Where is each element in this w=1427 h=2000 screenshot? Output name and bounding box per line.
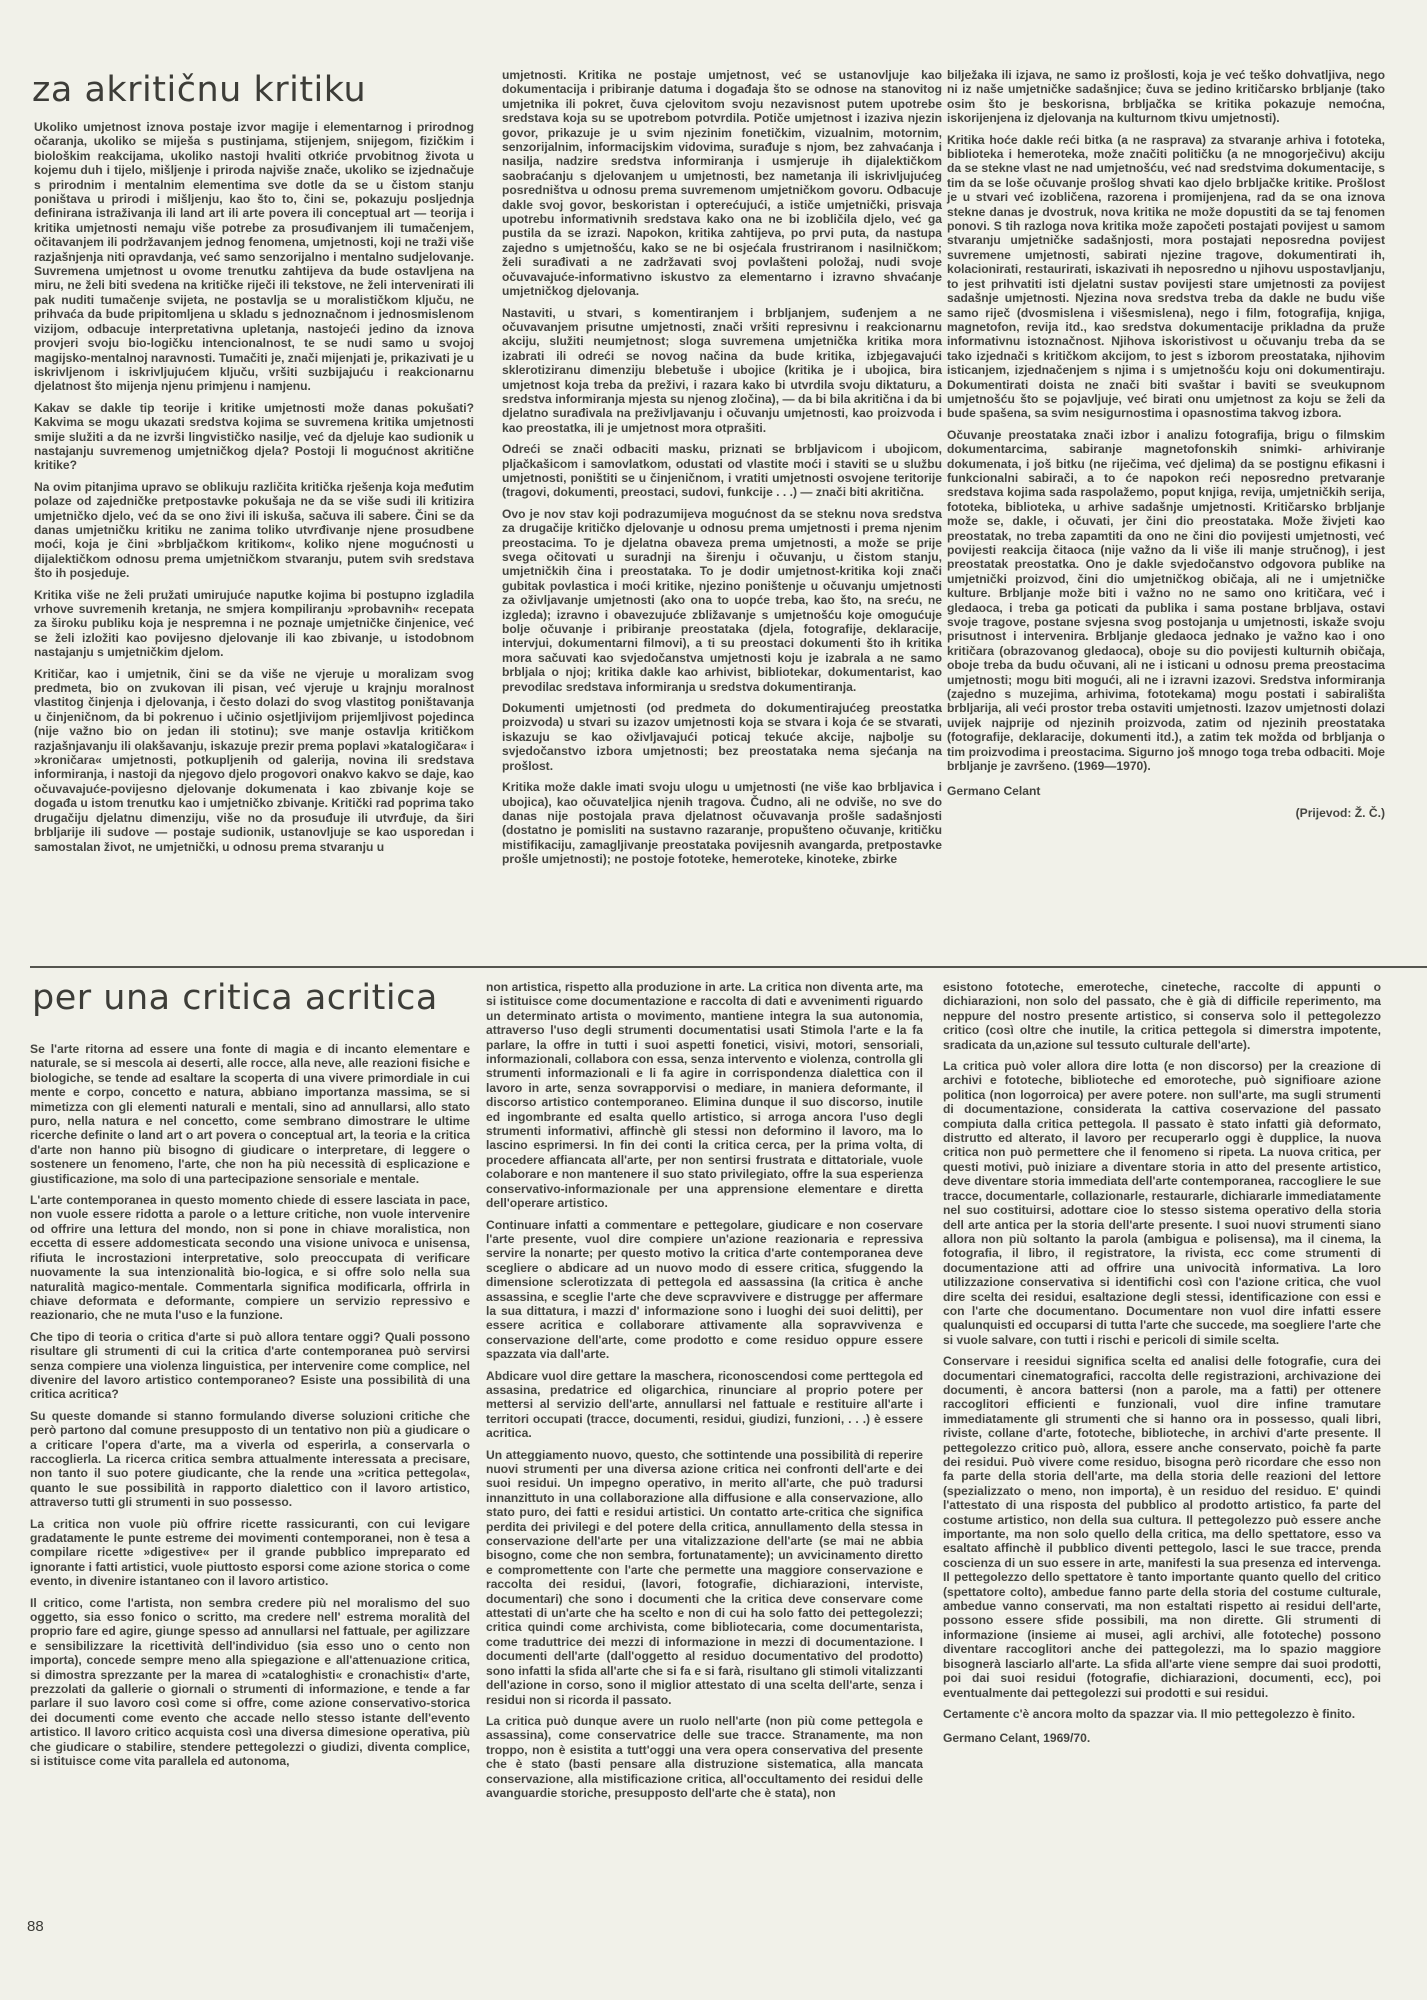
paragraph: Dokumenti umjetnosti (od predmeta do dok… <box>502 701 942 773</box>
paragraph: Il critico, come l'artista, non sembra c… <box>30 1596 470 1769</box>
paragraph: Kritičar, kao i umjetnik, čini se da viš… <box>34 667 474 854</box>
paragraph: Odreći se znači odbaciti masku, priznati… <box>502 442 942 500</box>
croatian-article: za akritičnu kritiku Ukoliko umjetnost i… <box>30 62 1400 962</box>
paragraph: non artistica, rispetto alla produzione … <box>486 980 923 1211</box>
author-signature-dated: Germano Celant, 1969/70. <box>943 1731 1381 1745</box>
article-title-croatian: za akritičnu kritiku <box>32 70 366 110</box>
paragraph: Kritika hoće dakle reći bitka (a ne rasp… <box>947 133 1385 421</box>
paragraph: bilježaka ili izjava, ne samo iz prošlos… <box>947 68 1385 126</box>
paragraph: Nastaviti, u stvari, s komentiranjem i b… <box>502 306 942 436</box>
paragraph: Kakav se dakle tip teorije i kritike umj… <box>34 401 474 473</box>
paragraph: Su queste domande si stanno formulando d… <box>30 1409 470 1510</box>
paragraph: Certamente c'è ancora molto da spazzar v… <box>943 1707 1381 1721</box>
paragraph: Continuare infatti a commentare e petteg… <box>486 1218 923 1362</box>
paragraph: Che tipo di teoria o critica d'arte si p… <box>30 1330 470 1402</box>
paragraph: La critica può dunque avere un ruolo nel… <box>486 1714 923 1800</box>
paragraph: Kritika može dakle imati svoju ulogu u u… <box>502 780 942 866</box>
page-number: 88 <box>27 1918 44 1935</box>
croatian-column-3: bilježaka ili izjava, ne samo iz prošlos… <box>947 68 1385 827</box>
author-signature: Germano Celant <box>947 784 1385 798</box>
paragraph: Ovo je nov stav koji podrazumijeva moguć… <box>502 507 942 694</box>
paragraph: Kritika više ne želi pružati umirujuće n… <box>34 588 474 660</box>
croatian-column-1: Ukoliko umjetnost iznova postaje izvor m… <box>34 120 474 861</box>
paragraph: Očuvanje preostataka znači izbor i anali… <box>947 428 1385 774</box>
paragraph: Conservare i reesidui significa scelta e… <box>943 1354 1381 1700</box>
italian-column-2: non artistica, rispetto alla produzione … <box>486 980 923 1807</box>
paragraph: L'arte contemporanea in questo momento c… <box>30 1193 470 1323</box>
paragraph: Na ovim pitanjima upravo se oblikuju raz… <box>34 480 474 581</box>
section-divider <box>30 966 1427 968</box>
translator-credit: (Prijevod: Ž. Č.) <box>947 806 1385 820</box>
article-title-italian: per una critica acritica <box>32 978 438 1018</box>
italian-column-3: esistono fototeche, emeroteche, cinetech… <box>943 980 1381 1753</box>
paragraph: La critica può voler allora dire lotta (… <box>943 1059 1381 1347</box>
paragraph: Un atteggiamento nuovo, questo, che sott… <box>486 1448 923 1707</box>
paragraph: umjetnosti. Kritika ne postaje umjetnost… <box>502 68 942 299</box>
paragraph: Ukoliko umjetnost iznova postaje izvor m… <box>34 120 474 394</box>
italian-article: per una critica acritica Se l'arte ritor… <box>30 978 1400 1938</box>
paragraph: Abdicare vuol dire gettare la maschera, … <box>486 1369 923 1441</box>
italian-column-1: Se l'arte ritorna ad essere una fonte di… <box>30 1042 470 1776</box>
paragraph: Se l'arte ritorna ad essere una fonte di… <box>30 1042 470 1186</box>
paragraph: esistono fototeche, emeroteche, cinetech… <box>943 980 1381 1052</box>
paragraph: La critica non vuole più offrire ricette… <box>30 1517 470 1589</box>
croatian-column-2: umjetnosti. Kritika ne postaje umjetnost… <box>502 68 942 874</box>
